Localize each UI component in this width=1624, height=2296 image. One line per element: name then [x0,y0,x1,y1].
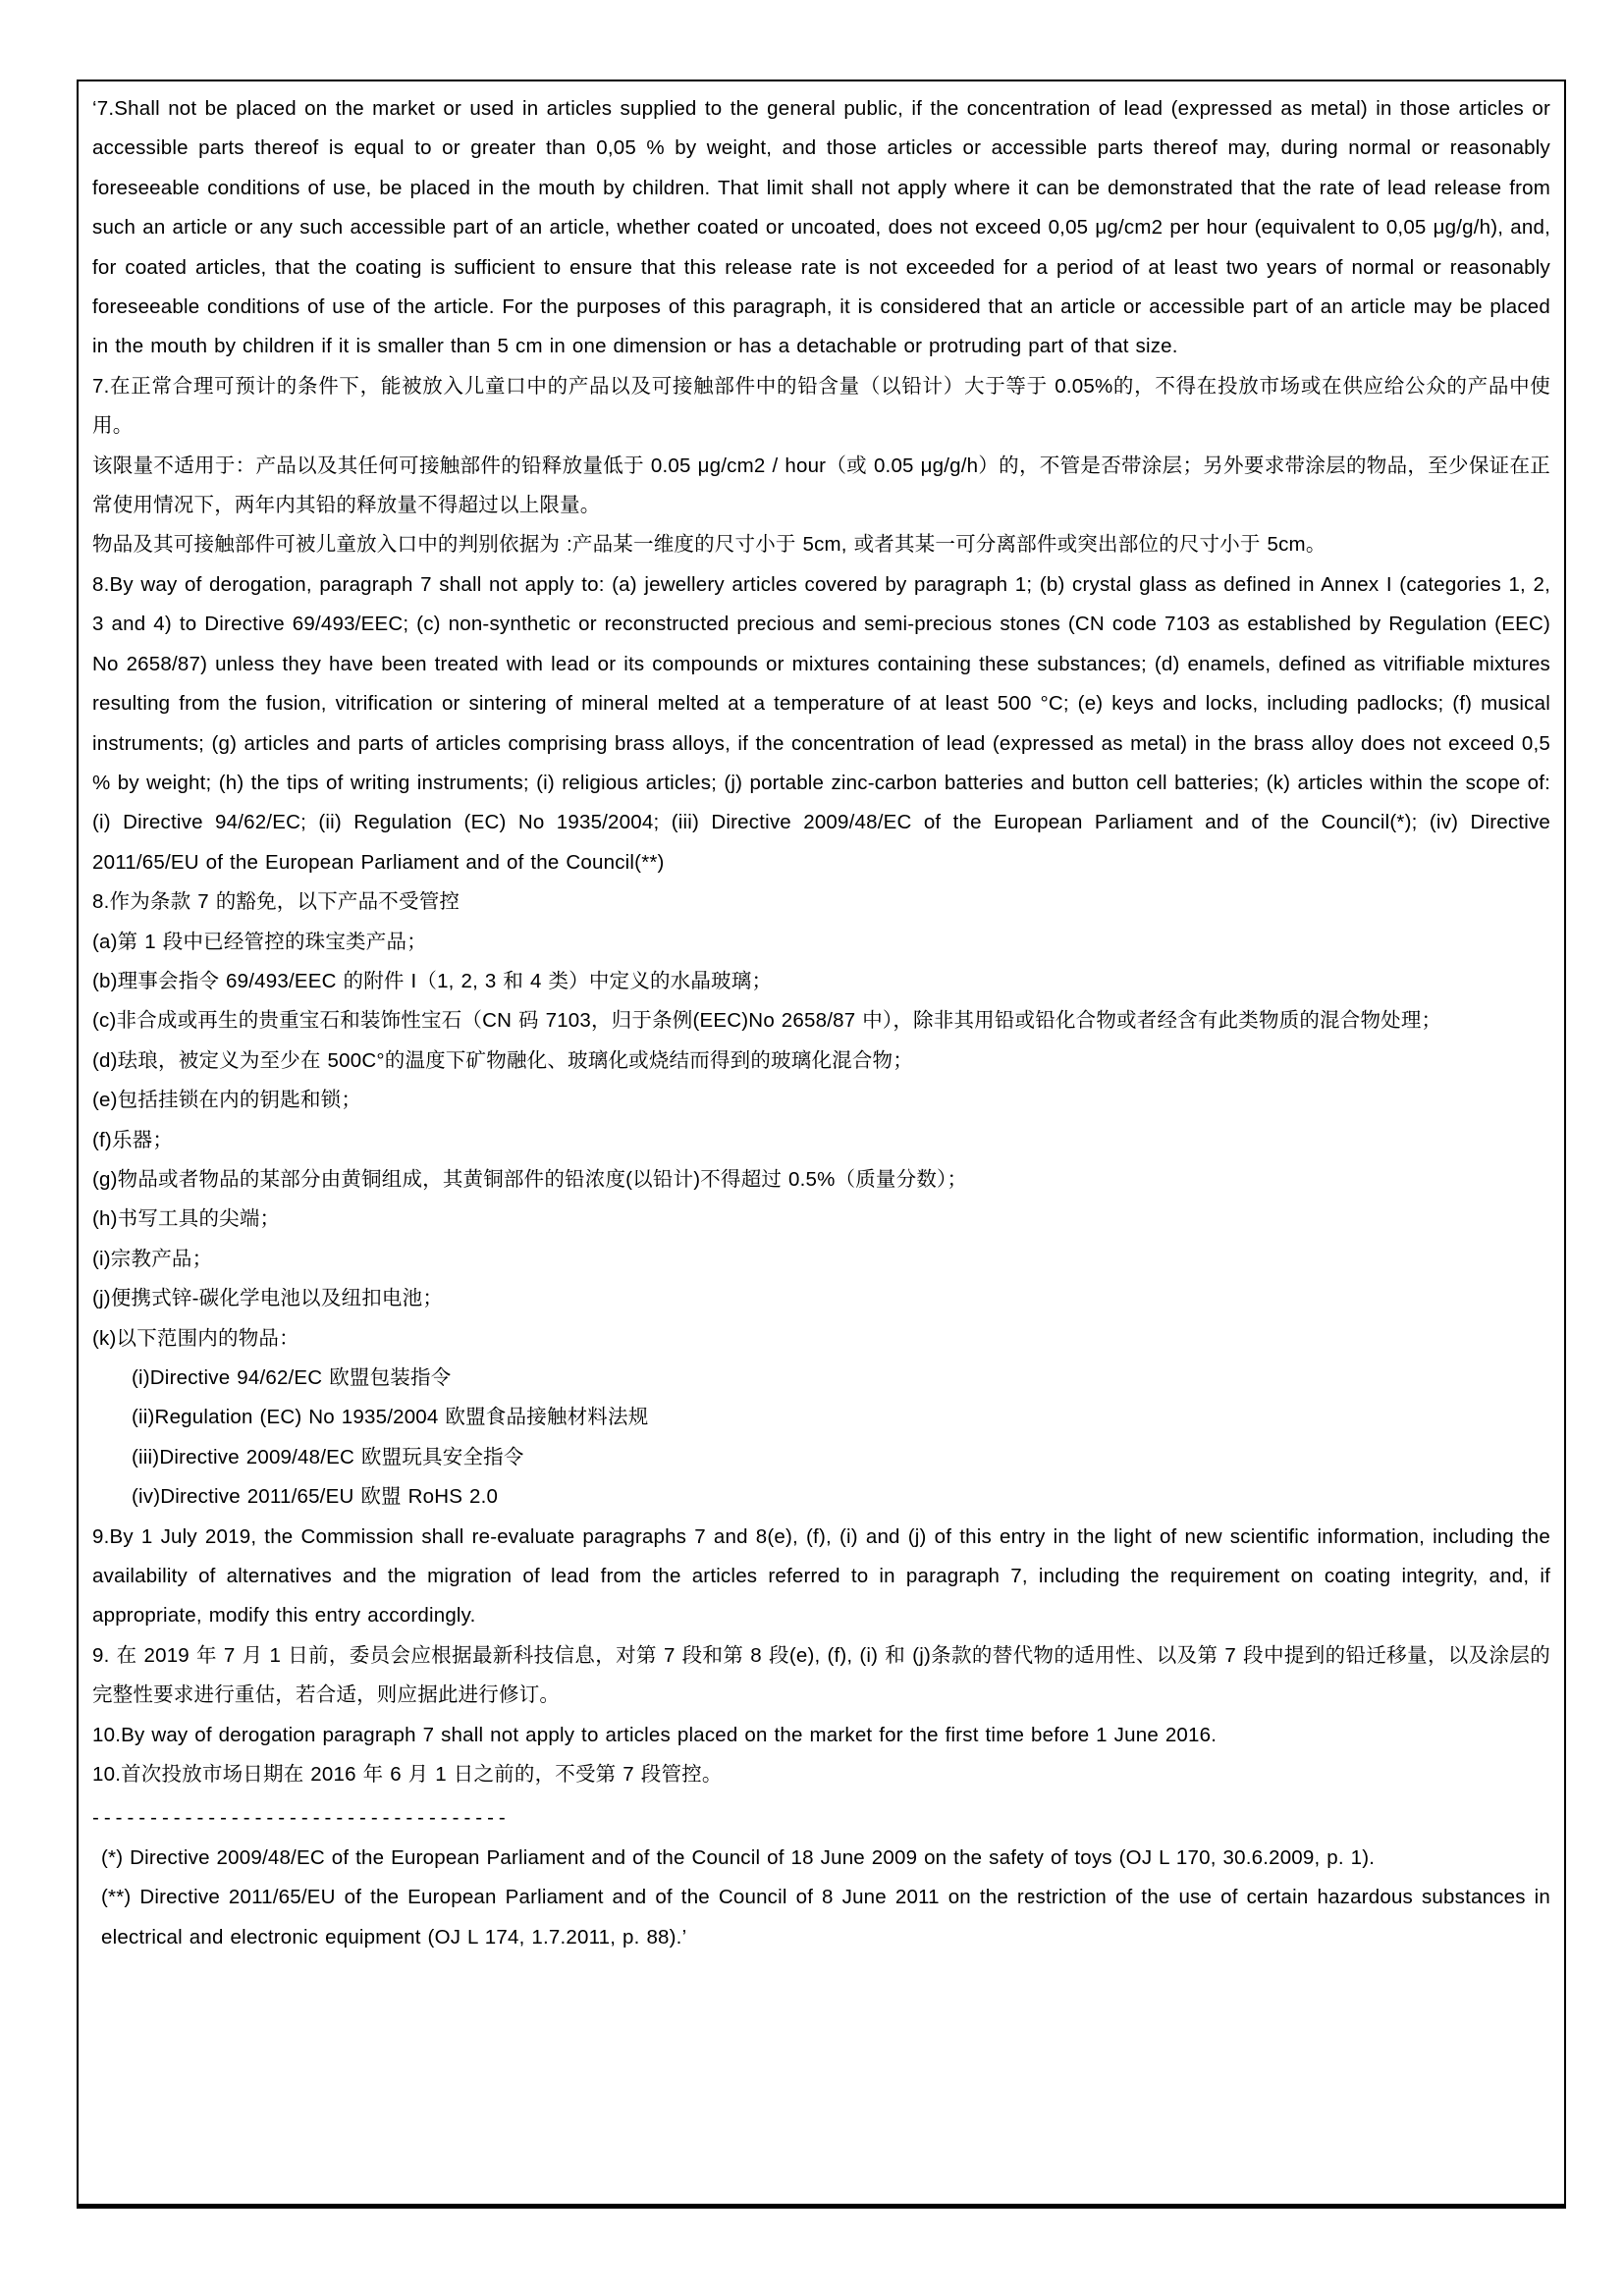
paragraph-18: (i)Directive 94/62/EC 欧盟包装指令 [92,1359,1550,1398]
paragraph-1: ‘7.Shall not be placed on the market or … [92,89,1550,367]
paragraph-21: (iv)Directive 2011/65/EU 欧盟 RoHS 2.0 [92,1477,1550,1517]
paragraph-3: 该限量不适用于：产品以及其任何可接触部件的铅释放量低于 0.05 μg/cm2 … [92,447,1550,526]
paragraph-23: 9. 在 2019 年 7 月 1 日前，委员会应根据最新科技信息，对第 7 段… [92,1636,1550,1716]
paragraph-22: 9.By 1 July 2019, the Commission shall r… [92,1518,1550,1636]
paragraph-5: 8.By way of derogation, paragraph 7 shal… [92,565,1550,882]
paragraph-19: (ii)Regulation (EC) No 1935/2004 欧盟食品接触材… [92,1398,1550,1437]
paragraph-26: ------------------------------------ [92,1798,1550,1838]
paragraph-11: (e)包括挂锁在内的钥匙和锁； [92,1081,1550,1120]
paragraph-15: (i)宗教产品； [92,1240,1550,1279]
paragraph-24: 10.By way of derogation paragraph 7 shal… [92,1716,1550,1755]
paragraph-25: 10.首次投放市场日期在 2016 年 6 月 1 日之前的，不受第 7 段管控… [92,1755,1550,1794]
regulation-text-box: ‘7.Shall not be placed on the market or … [77,80,1566,2209]
paragraph-20: (iii)Directive 2009/48/EC 欧盟玩具安全指令 [92,1438,1550,1477]
paragraph-4: 物品及其可接触部件可被儿童放入口中的判别依据为 :产品某一维度的尺寸小于 5cm… [92,525,1550,564]
paragraph-2: 7.在正常合理可预计的条件下，能被放入儿童口中的产品以及可接触部件中的铅含量（以… [92,367,1550,447]
paragraph-13: (g)物品或者物品的某部分由黄铜组成，其黄铜部件的铅浓度(以铅计)不得超过 0.… [92,1160,1550,1200]
paragraph-14: (h)书写工具的尖端； [92,1200,1550,1239]
paragraph-7: (a)第 1 段中已经管控的珠宝类产品； [92,923,1550,962]
paragraph-12: (f)乐器； [92,1121,1550,1160]
paragraph-16: (j)便携式锌-碳化学电池以及纽扣电池； [92,1279,1550,1318]
paragraph-10: (d)珐琅，被定义为至少在 500C°的温度下矿物融化、玻璃化或烧结而得到的玻璃… [92,1041,1550,1081]
paragraph-17: (k)以下范围内的物品： [92,1319,1550,1359]
paragraph-27: (*) Directive 2009/48/EC of the European… [92,1839,1550,1878]
paragraph-9: (c)非合成或再生的贵重宝石和装饰性宝石（CN 码 7103，归于条例(EEC)… [92,1001,1550,1041]
paragraph-28: (**) Directive 2011/65/EU of the Europea… [92,1878,1550,1957]
paragraph-6: 8.作为条款 7 的豁免，以下产品不受管控 [92,882,1550,922]
paragraph-8: (b)理事会指令 69/493/EEC 的附件 I（1, 2, 3 和 4 类）… [92,962,1550,1001]
